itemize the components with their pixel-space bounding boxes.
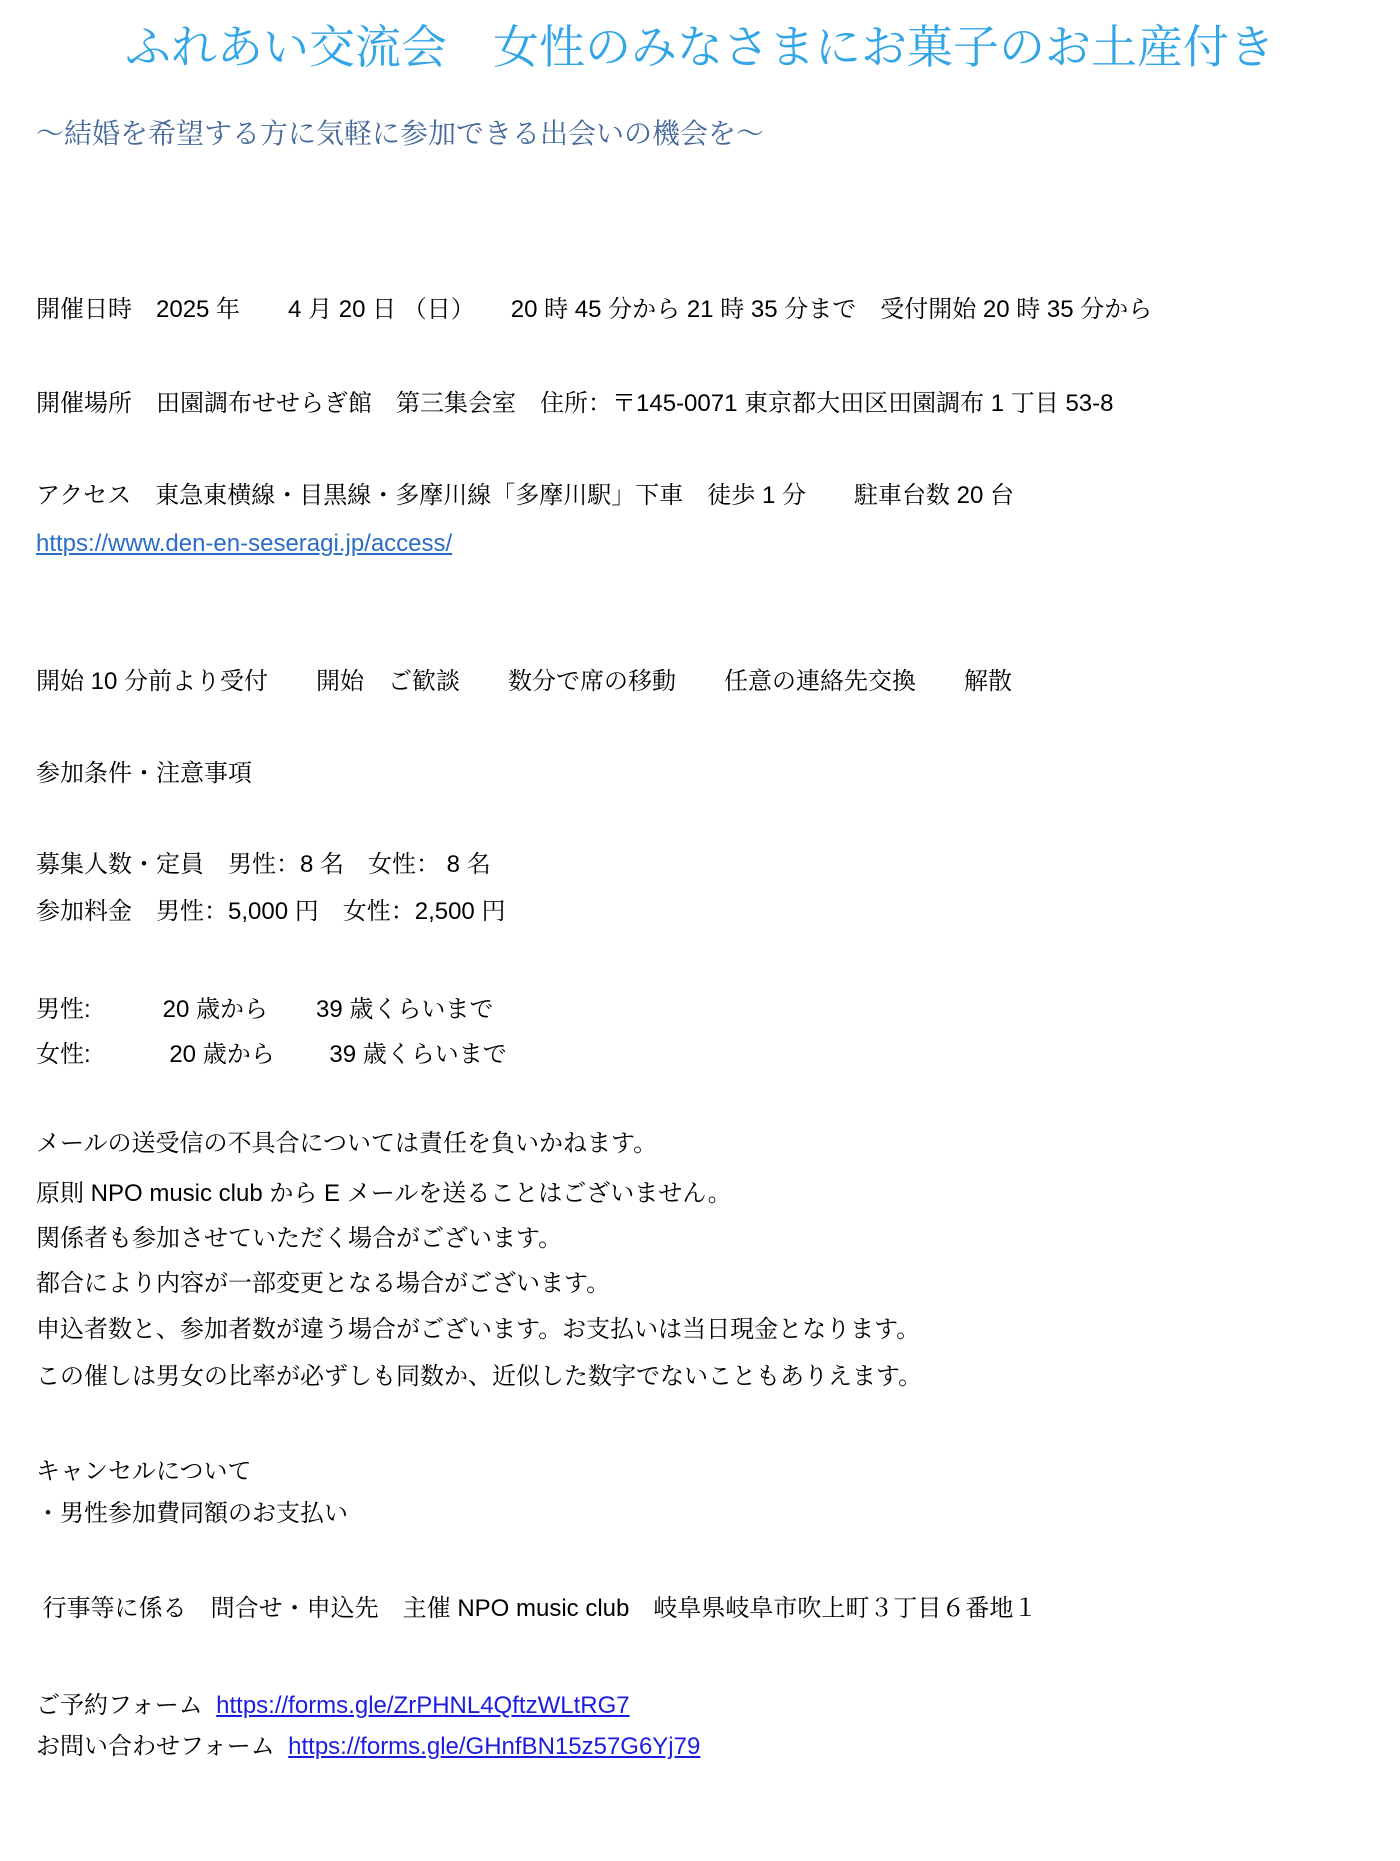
reservation-form-line: ご予約フォーム https://forms.gle/ZrPHNL4QftzWLt… [36,1692,630,1720]
organizer-contact-line: 行事等に係る 問合せ・申込先 主催 NPO music club 岐阜県岐阜市吹… [36,1595,1037,1623]
event-flow: 開始 10 分前より受付 開始 ご歓談 数分で席の移動 任意の連絡先交換 解散 [36,668,1012,696]
inquiry-form-label: お問い合わせフォーム [36,1733,288,1760]
access-link[interactable]: https://www.den-en-seseragi.jp/access/ [36,530,452,557]
note-line: 関係者も参加させていただく場合がございます。 [36,1225,562,1253]
note-line: 申込者数と、参加者数が違う場合がございます。お支払いは当日現金となります。 [36,1316,920,1344]
event-flyer-page: ふれあい交流会 女性のみなさまにお菓子のお土産付き ～結婚を希望する方に気軽に参… [0,0,1400,1861]
note-line: メールの送受信の不具合については責任を負いかねます。 [36,1130,657,1158]
inquiry-form-link[interactable]: https://forms.gle/GHnfBN15z57G6Yj79 [288,1733,700,1760]
note-line: 原則 NPO music club から E メールを送ることはございません。 [36,1180,732,1208]
conditions-heading: 参加条件・注意事項 [36,760,252,788]
cancel-policy: ・男性参加費同額のお支払い [36,1500,348,1528]
page-title: ふれあい交流会 女性のみなさまにお菓子のお土産付き [0,20,1400,75]
fee-line: 参加料金 男性：5,000 円 女性：2,500 円 [36,898,505,926]
age-range-male: 男性: 20 歳から 39 歳くらいまで [36,996,493,1024]
note-line: 都合により内容が一部変更となる場合がございます。 [36,1270,610,1298]
note-line: この催しは男女の比率が必ずしも同数か、近似した数字でないこともありえます。 [36,1363,922,1391]
reservation-form-label: ご予約フォーム [36,1692,216,1719]
cancel-heading: キャンセルについて [36,1458,252,1486]
event-access: アクセス 東急東横線・目黒線・多摩川線「多摩川駅」下車 徒歩 1 分 駐車台数 … [36,482,1014,510]
event-datetime: 開催日時 2025 年 4 月 20 日 （日） 20 時 45 分から 21 … [36,296,1152,324]
reservation-form-link[interactable]: https://forms.gle/ZrPHNL4QftzWLtRG7 [216,1692,629,1719]
access-link-line: https://www.den-en-seseragi.jp/access/ [36,530,452,558]
age-range-female: 女性: 20 歳から 39 歳くらいまで [36,1041,507,1069]
page-subtitle: ～結婚を希望する方に気軽に参加できる出会いの機会を～ [36,118,764,150]
capacity-line: 募集人数・定員 男性：8 名 女性： 8 名 [36,851,491,879]
event-venue: 開催場所 田園調布せせらぎ館 第三集会室 住所：〒145-0071 東京都大田区… [36,390,1113,418]
inquiry-form-line: お問い合わせフォーム https://forms.gle/GHnfBN15z57… [36,1733,700,1761]
